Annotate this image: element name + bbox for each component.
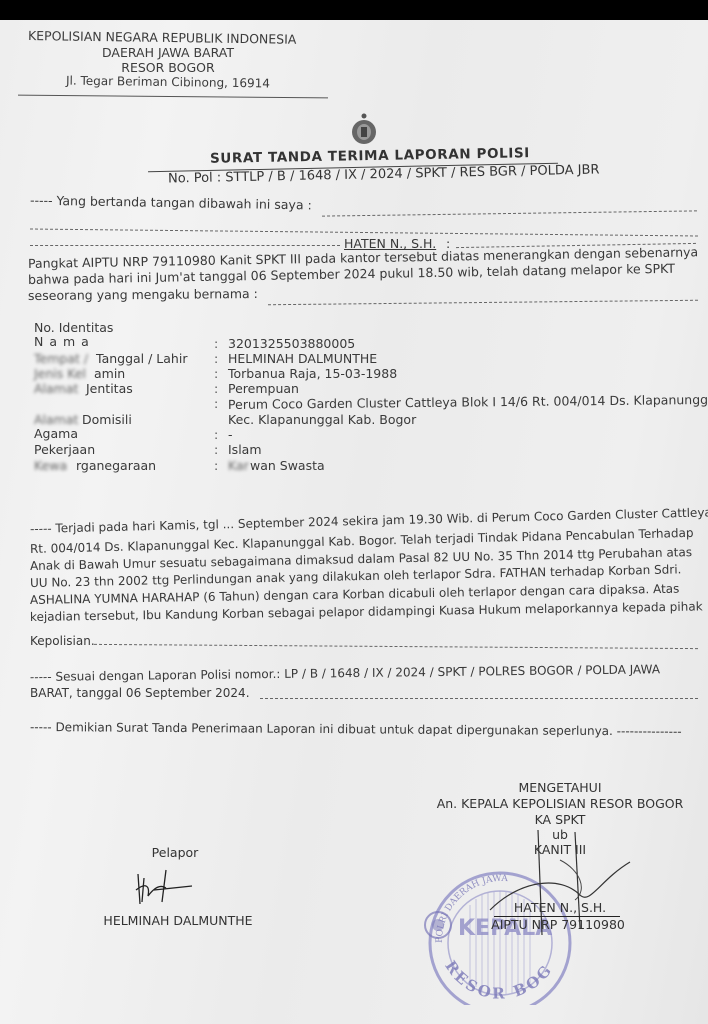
value-pekerjaan: wan Swasta	[250, 458, 325, 473]
label-ttl: Tanggal / Lahir	[96, 351, 187, 366]
label-domisili: Domisili	[82, 412, 132, 427]
intro-text: ----- Yang bertanda tangan dibawah ini s…	[30, 193, 312, 213]
label-agama: Agama	[34, 426, 78, 441]
value-nik: 3201325503880005	[228, 336, 355, 351]
label-pekerjaan: Pekerjaan	[34, 442, 95, 457]
officer-sig-rank: AIPTU NRP 79110980	[488, 917, 628, 932]
label-no-identitas: No. Identitas	[34, 320, 113, 335]
document-page: KEPOLISIAN NEGARA REPUBLIK INDONESIA DAE…	[0, 20, 708, 1024]
reference-line-2: BARAT, tanggal 06 September 2024.	[30, 686, 250, 702]
reference-line-1: ----- Sesuai dengan Laporan Polisi nomor…	[30, 662, 660, 685]
value-jenis-kelamin: Perempuan	[228, 381, 299, 396]
sig-an-kepala: An. KEPALA KEPOLISIAN RESOR BOGOR	[420, 796, 700, 811]
value-redacted: Kar	[228, 458, 250, 473]
label-redacted-5: Kewa	[34, 458, 76, 473]
label-redacted-1: Tempat /	[34, 351, 90, 363]
statement-line-3: seseorang yang mengaku bernama :	[28, 286, 258, 304]
colon-7: :	[214, 442, 218, 457]
label-kewarganegaraan: rganegaraan	[76, 458, 156, 473]
police-emblem-icon	[350, 112, 378, 146]
reporter-signature-icon	[132, 868, 196, 908]
label-nama: N a m a	[34, 334, 90, 349]
sig-mengetahui: MENGETAHUI	[420, 780, 700, 795]
label-redacted-3: Alamat	[34, 381, 84, 396]
value-alamat-2: Kec. Klapanunggal Kab. Bogor	[228, 412, 416, 427]
officer-dash-left	[30, 245, 340, 246]
intro-dash	[322, 210, 697, 216]
top-black-bar	[0, 0, 708, 20]
incident-dash	[94, 644, 698, 649]
reporter-name: HELMINAH DALMUNTHE	[98, 913, 258, 928]
officer-sig-name: HATEN N., S.H.	[490, 900, 630, 915]
label-redacted-4: Alamat	[34, 412, 78, 427]
colon-8: :	[214, 458, 218, 473]
colon-3: :	[214, 366, 218, 381]
letterhead-address: Jl. Tegar Beriman Cibinong, 16914	[28, 73, 308, 91]
value-ttl: Torbanua Raja, 15-03-1988	[228, 366, 397, 381]
reference-dash	[260, 698, 698, 699]
colon-6: :	[214, 427, 218, 442]
colon-5: :	[214, 396, 218, 411]
value-domisili: -	[228, 427, 233, 442]
label-alamat: Jentitas	[86, 381, 133, 396]
label-jk: amin	[94, 366, 125, 381]
value-alamat-1: Perum Coco Garden Cluster Cattleya Blok …	[228, 392, 708, 412]
reporter-role: Pelapor	[130, 845, 220, 860]
label-redacted-2: Jenis Kel	[34, 366, 94, 381]
colon-1: :	[214, 336, 218, 351]
closing-text: ----- Demikian Surat Tanda Penerimaan La…	[30, 720, 682, 740]
colon-2: :	[214, 351, 218, 366]
value-agama: Islam	[228, 442, 262, 457]
colon-4: :	[214, 381, 218, 396]
letterhead-line-2: DAERAH JAWA BARAT	[28, 45, 308, 60]
incident-line-7: Kepolisian.	[30, 634, 95, 650]
letterhead-divider	[18, 95, 328, 99]
value-nama: HELMINAH DALMUNTHE	[228, 351, 377, 366]
statement-dash	[268, 300, 698, 306]
